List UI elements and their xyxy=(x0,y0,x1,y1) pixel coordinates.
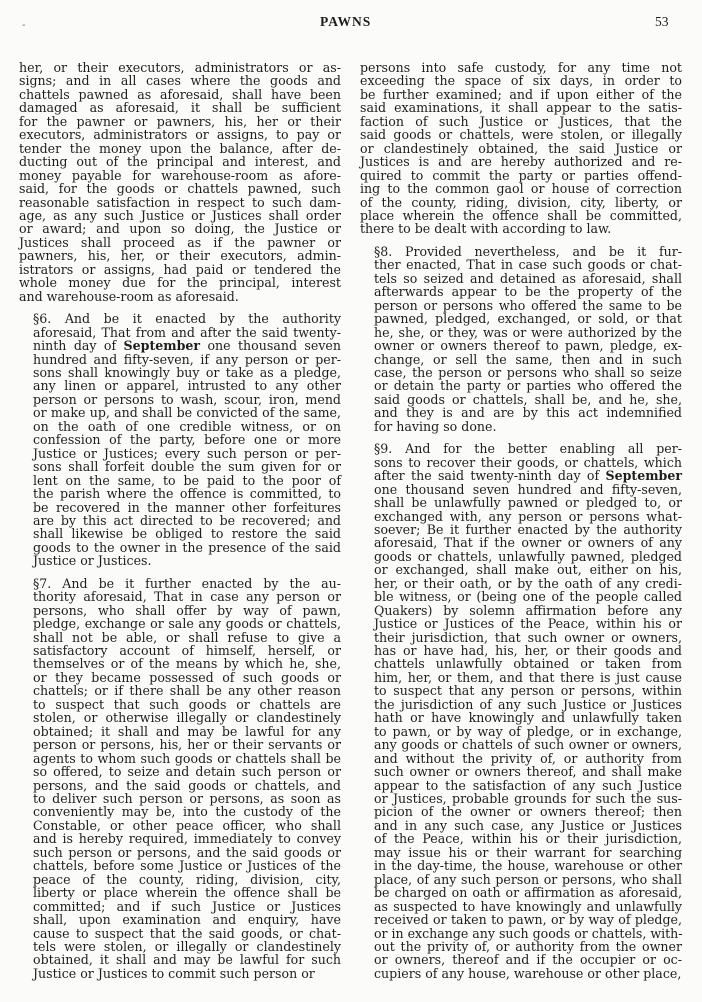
text-line: reasonable satisfaction in respect to su… xyxy=(19,196,341,209)
text-line: said goods or chattels, shall be, and he… xyxy=(360,393,682,406)
text-line: agents to whom such goods or chattels sh… xyxy=(19,752,341,765)
text-line: chattels; or if there shall be any other… xyxy=(19,684,341,697)
text-line: and is hereby required, immediately to c… xyxy=(19,832,341,845)
text-line: or in exchange any such goods or chattel… xyxy=(360,927,682,940)
text-line: or award; and upon so doing, the Justice… xyxy=(19,222,341,235)
text-line: sons to recover their goods, or chattels… xyxy=(360,456,682,469)
text-line: and warehouse-room as aforesaid. xyxy=(19,290,341,303)
text-line: signs; and in all cases where the goods … xyxy=(19,74,341,87)
text-line: be charged on oath or affirmation as afo… xyxy=(360,886,682,899)
text-line: said, for the goods or chattels pawned, … xyxy=(19,182,341,195)
text-line: Justice or Justices; every such person o… xyxy=(19,447,341,460)
text-line: tels were stolen, or illegally or clande… xyxy=(19,940,341,953)
text-line: stolen, or otherwise illegally or clande… xyxy=(19,711,341,724)
text-line: faction of such Justice or Justices, tha… xyxy=(360,115,682,128)
text-line: and they is and are by this act indemnif… xyxy=(360,406,682,419)
text-line: to pawn, or by way of pledge, or in exch… xyxy=(360,725,682,738)
emphasized-word: September xyxy=(124,338,201,353)
text-line: aforesaid, That from and after the said … xyxy=(19,326,341,339)
header-mark: - xyxy=(22,20,25,31)
text-line: he, she, or they, was or were authorized… xyxy=(360,326,682,339)
text-line: ing to the common gaol or house of corre… xyxy=(360,182,682,195)
text-line: picion of the owner or owners thereof; t… xyxy=(360,805,682,818)
text-line: Justice or Justices to commit such perso… xyxy=(19,967,341,980)
text-line: executors, administrators or assigns, to… xyxy=(19,128,341,141)
text-line: goods to the owner in the presence of th… xyxy=(19,541,341,554)
text-line: as suspected to have knowingly and unlaw… xyxy=(360,900,682,913)
text-line: their jurisdiction, that such owner or o… xyxy=(360,631,682,644)
text-line: be recovered in the manner other forfeit… xyxy=(19,501,341,514)
page-header: - PAWNS 53 xyxy=(0,14,702,34)
text-line: lent on the same, to be paid to the poor… xyxy=(19,474,341,487)
emphasized-word: September xyxy=(605,468,682,483)
text-line: sons shall knowingly buy or take as a pl… xyxy=(19,366,341,379)
text-line: persons, and the said goods or chattels,… xyxy=(19,779,341,792)
text-line: shall likewise be obliged to restore the… xyxy=(19,527,341,540)
text-line: peace of the county, riding, division, c… xyxy=(19,873,341,886)
text-line: person or persons who offered the same t… xyxy=(360,299,682,312)
text-line: cause to suspect that the said goods, or… xyxy=(19,927,341,940)
text-line: on the oath of one credible witness, or … xyxy=(19,420,341,433)
text-line: or Justices, probable grounds for such t… xyxy=(360,792,682,805)
text-line: §7. And be it further enacted by the au- xyxy=(19,577,341,590)
text-line: ducting out of the principal and interes… xyxy=(19,155,341,168)
text-line: chattels unlawfully obtained or taken fr… xyxy=(360,657,682,670)
text-line: owner or owners thereof to pawn, pledge,… xyxy=(360,339,682,352)
text-line: any goods or chattels of such owner or o… xyxy=(360,738,682,751)
text-line: chattels, before some Justice or Justice… xyxy=(19,859,341,872)
text-line: pledge, exchange or sale any goods or ch… xyxy=(19,617,341,630)
text-line: him, her, or them, and that there is jus… xyxy=(360,671,682,684)
text-line: appear to the satisfaction of any such J… xyxy=(360,779,682,792)
text-line: or detain the party or parties who offer… xyxy=(360,379,682,392)
text-line: hundred and fifty-seven, if any person o… xyxy=(19,353,341,366)
text-line: change, or sell the same, then and in su… xyxy=(360,353,682,366)
text-line: hath or have knowingly and unlawfully ta… xyxy=(360,711,682,724)
right-column: persons into safe custody, for any time … xyxy=(360,61,682,980)
text-line: or they became possessed of such goods o… xyxy=(19,671,341,684)
text-line: shall be unlawfully pawned or pledged to… xyxy=(360,496,682,509)
text-line: place, of any such person or persons, wh… xyxy=(360,873,682,886)
text-line: confession of the party, before one or m… xyxy=(19,433,341,446)
text-line: conveniently may be, into the custody of… xyxy=(19,805,341,818)
text-line: to suspect that such goods or chattels a… xyxy=(19,698,341,711)
text-line: liberty or place wherein the offence sha… xyxy=(19,886,341,899)
continued-paragraph: her, or their executors, administrators … xyxy=(19,61,341,303)
page-number: 53 xyxy=(655,14,669,30)
text-line: shall not be able, or shall refuse to gi… xyxy=(19,631,341,644)
text-line: there to be dealt with according to law. xyxy=(360,222,682,235)
text-line: sons shall forfeit double the sum given … xyxy=(19,460,341,473)
text-line: pawners, his, her, or their executors, a… xyxy=(19,249,341,262)
text-line: has or have had, his, her, or their good… xyxy=(360,644,682,657)
section-paragraph: §6. And be it enacted by the authorityaf… xyxy=(19,312,341,568)
text-line: age, as any such Justice or Justices sha… xyxy=(19,209,341,222)
text-line: person or persons to wash, scour, iron, … xyxy=(19,393,341,406)
continued-paragraph: persons into safe custody, for any time … xyxy=(360,61,682,236)
text-line: tels so seized and detained as aforesaid… xyxy=(360,272,682,285)
text-line: the parish where the offence is committe… xyxy=(19,487,341,500)
text-line: said goods or chattels, were stolen, or … xyxy=(360,128,682,141)
text-line: are by this act directed to be recovered… xyxy=(19,514,341,527)
text-line: §6. And be it enacted by the authority xyxy=(19,312,341,325)
text-line: istrators or assigns, had paid or tender… xyxy=(19,263,341,276)
text-line: or owners, thereof and if the occupier o… xyxy=(360,953,682,966)
text-line: in the day-time, the house, warehouse or… xyxy=(360,859,682,872)
text-line: so offered, to seize and detain such per… xyxy=(19,765,341,778)
text-line: cupiers of any house, warehouse or other… xyxy=(360,967,682,980)
running-title: PAWNS xyxy=(320,14,371,30)
text-line: whole money due for the principal, inter… xyxy=(19,276,341,289)
text-line: her, or their oath, or by the oath of an… xyxy=(360,577,682,590)
section-paragraph: §8. Provided nevertheless, and be it fur… xyxy=(360,245,682,433)
text-line: and without the privity of, or authority… xyxy=(360,752,682,765)
text-line: be further examined; and if upon either … xyxy=(360,88,682,101)
text-line: goods or chattels, unlawfully pawned, pl… xyxy=(360,550,682,563)
text-line: afterwards appear to be the property of … xyxy=(360,285,682,298)
text-line: such owner or owners thereof, and shall … xyxy=(360,765,682,778)
text-line: Constable, or other peace officer, who s… xyxy=(19,819,341,832)
text-line: ther enacted, That in case such goods or… xyxy=(360,258,682,271)
text-line: for the pawner or pawners, his, her or t… xyxy=(19,115,341,128)
text-line: Justice or Justices. xyxy=(19,554,341,567)
text-line: or exchanged, shall make out, either on … xyxy=(360,563,682,576)
text-line: obtained, it shall and may be lawful for… xyxy=(19,953,341,966)
section-paragraph: §7. And be it further enacted by the au-… xyxy=(19,577,341,981)
text-line: case, the person or persons who shall so… xyxy=(360,366,682,379)
text-line: or make up, and shall be convicted of th… xyxy=(19,406,341,419)
text-line: Justices is and are hereby authorized an… xyxy=(360,155,682,168)
text-line: the jurisdiction of any such Justice or … xyxy=(360,698,682,711)
text-line: exchanged with, any person or persons wh… xyxy=(360,510,682,523)
text-line: one thousand seven hundred and fifty-sev… xyxy=(360,483,682,496)
text-line: chattels pawned as aforesaid, shall have… xyxy=(19,88,341,101)
text-line: soever; Be it further enacted by the aut… xyxy=(360,523,682,536)
text-line: pawned, pledged, exchanged, or sold, or … xyxy=(360,312,682,325)
text-line: exceeding the space of six days, in orde… xyxy=(360,74,682,87)
text-line: persons into safe custody, for any time … xyxy=(360,61,682,74)
text-line: money payable for warehouse-room as afor… xyxy=(19,169,341,182)
text-line: Justice or Justices of the Peace, within… xyxy=(360,617,682,630)
text-line: quired to commit the party or parties of… xyxy=(360,169,682,182)
text-line: of the county, riding, division, city, l… xyxy=(360,196,682,209)
text-line: and in any such case, any Justice or Jus… xyxy=(360,819,682,832)
text-line: person or persons, his, her or their ser… xyxy=(19,738,341,751)
text-line: Justices shall proceed as if the pawner … xyxy=(19,236,341,249)
text-line: §8. Provided nevertheless, and be it fur… xyxy=(360,245,682,258)
text-line: out the privity of, or authority from th… xyxy=(360,940,682,953)
text-line: committed; and if such Justice or Justic… xyxy=(19,900,341,913)
text-line: shall, upon examination and enquiry, hav… xyxy=(19,913,341,926)
text-line: obtained; it shall and may be lawful for… xyxy=(19,725,341,738)
text-line: for having so done. xyxy=(360,420,682,433)
text-line: damaged as aforesaid, it shall be suffic… xyxy=(19,101,341,114)
text-line: persons, who shall offer by way of pawn, xyxy=(19,604,341,617)
text-line: thority aforesaid, That in case any pers… xyxy=(19,590,341,603)
text-line: to deliver such person or persons, as so… xyxy=(19,792,341,805)
text-line: received or taken to pawn, or by way of … xyxy=(360,913,682,926)
section-paragraph: §9. And for the better enabling all per-… xyxy=(360,442,682,980)
text-line: or clandestinely obtained, the said Just… xyxy=(360,142,682,155)
text-line: ninth day of September one thousand seve… xyxy=(19,339,341,352)
text-line: themselves or of the means by which he, … xyxy=(19,657,341,670)
text-line: after the said twenty-ninth day of Septe… xyxy=(360,469,682,482)
text-line: aforesaid, That if the owner or owners o… xyxy=(360,536,682,549)
text-line: to suspect that any person or persons, w… xyxy=(360,684,682,697)
text-line: may issue his or their warrant for searc… xyxy=(360,846,682,859)
text-line: any linen or apparel, intrusted to any o… xyxy=(19,379,341,392)
text-line: ble witness, or (being one of the people… xyxy=(360,590,682,603)
text-line: place wherein the offence shall be commi… xyxy=(360,209,682,222)
text-line: such person or persons, and the said goo… xyxy=(19,846,341,859)
text-line: said examinations, it shall appear to th… xyxy=(360,101,682,114)
text-line: Quakers) by solemn affirmation before an… xyxy=(360,604,682,617)
text-line: her, or their executors, administrators … xyxy=(19,61,341,74)
text-line: satisfactory account of himself, herself… xyxy=(19,644,341,657)
left-column: her, or their executors, administrators … xyxy=(19,61,341,980)
text-line: of the Peace, within his or their jurisd… xyxy=(360,832,682,845)
text-line: §9. And for the better enabling all per- xyxy=(360,442,682,455)
text-line: tender the money upon the balance, after… xyxy=(19,142,341,155)
